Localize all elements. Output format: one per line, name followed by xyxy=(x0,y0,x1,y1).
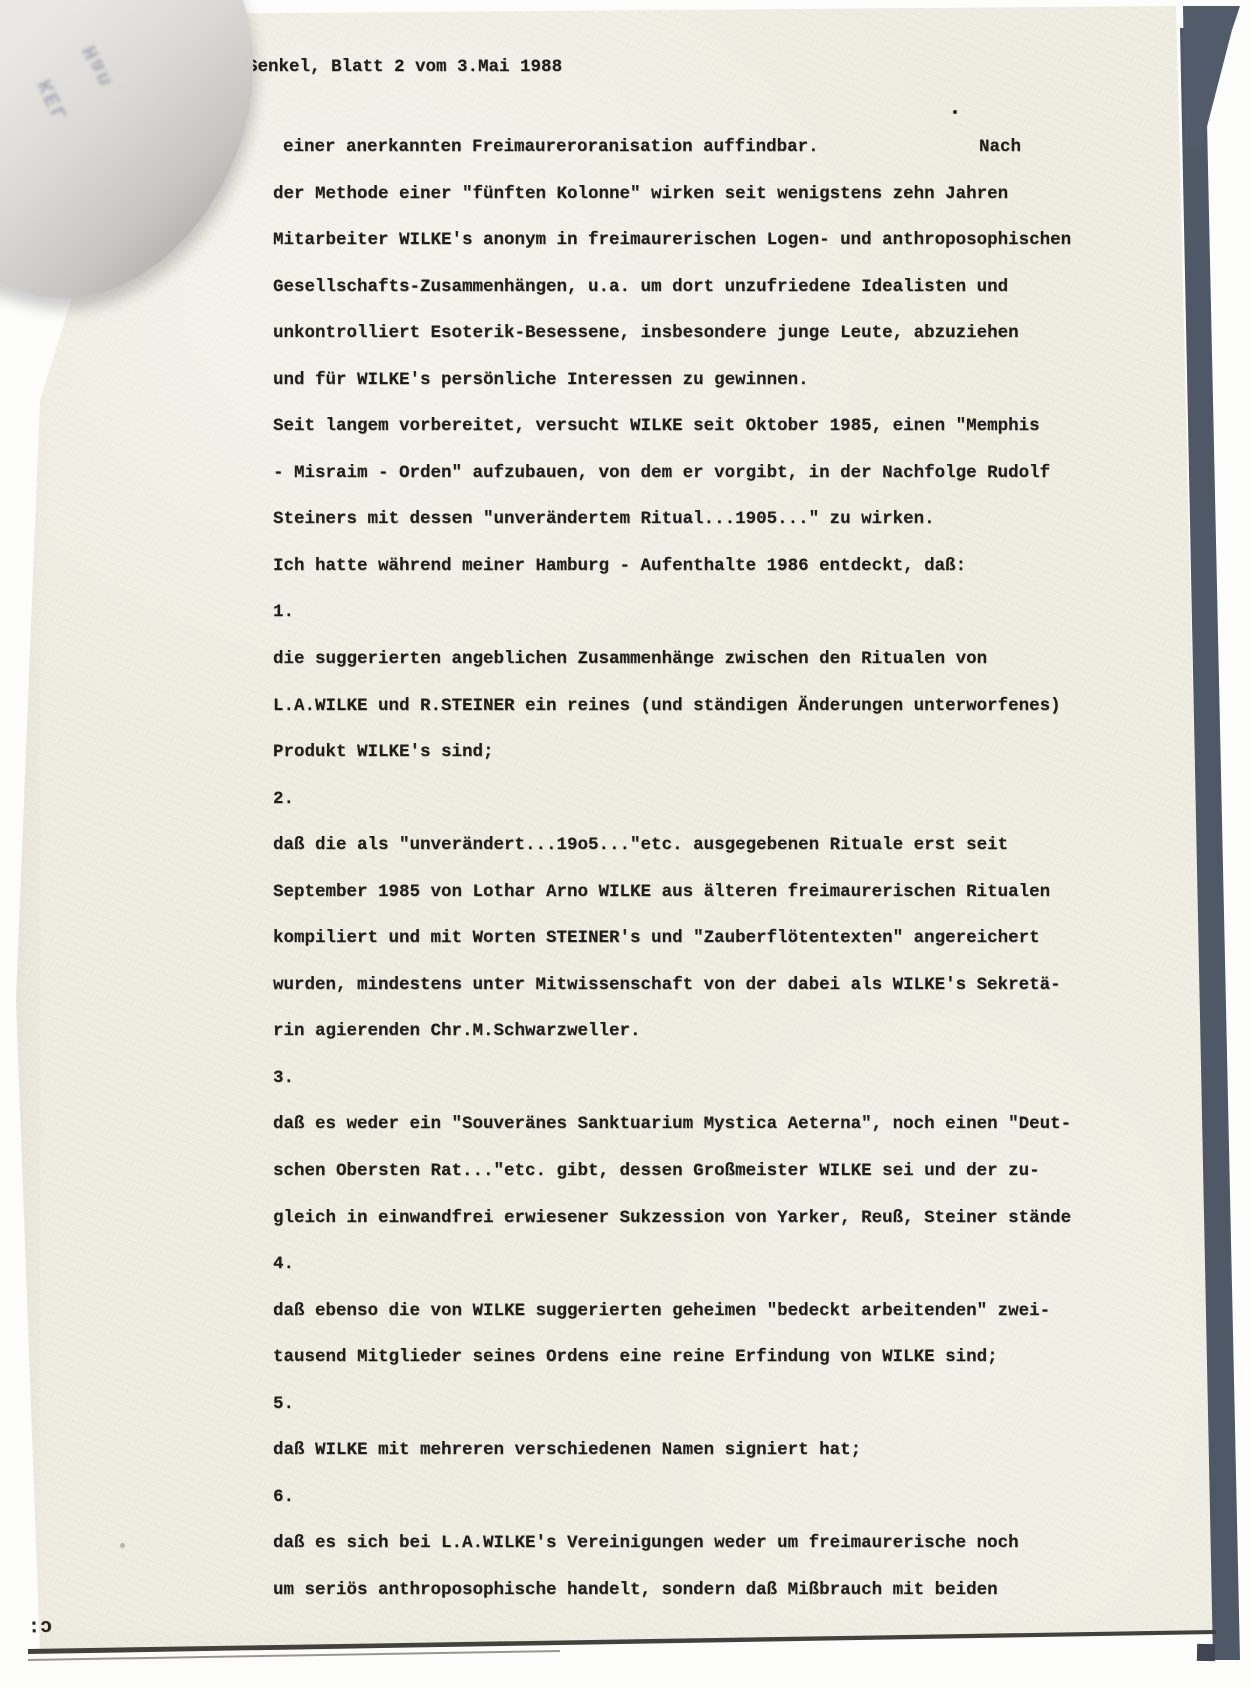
document-line: daß WILKE mit mehreren verschiedenen Nam… xyxy=(273,1427,1021,1474)
document-line: Mitarbeiter WILKE's anonym in freimaurer… xyxy=(273,217,1021,264)
first-line-left: einer anerkannten Freimaureroranisation … xyxy=(273,124,819,171)
ink-speck xyxy=(120,1543,125,1548)
document-line: unkontrolliert Esoterik-Besessene, insbe… xyxy=(273,310,1021,357)
document-line: der Methode einer "fünften Kolonne" wirk… xyxy=(273,171,1021,218)
document-line: um seriös anthroposophische handelt, son… xyxy=(273,1567,1021,1614)
document-line: Produkt WILKE's sind; xyxy=(273,729,1021,776)
document-line: gleich in einwandfrei erwiesener Sukzess… xyxy=(273,1195,1021,1242)
document-line: Gesellschafts-Zusammenhängen, u.a. um do… xyxy=(273,264,1021,311)
document-line: wurden, mindestens unter Mitwissenschaft… xyxy=(273,962,1021,1009)
document-line: daß es sich bei L.A.WILKE's Vereinigunge… xyxy=(273,1520,1021,1567)
show-through-stamp-text: Han xyxy=(80,41,119,90)
document-body: einer anerkannten Freimaureroranisation … xyxy=(273,124,1021,1614)
document-line: daß die als "unverändert...19o5..."etc. … xyxy=(273,822,1021,869)
bottom-left-mark: :ɔ xyxy=(28,1616,53,1640)
show-through-stamp-text: KEL xyxy=(35,75,74,124)
document-line: L.A.WILKE und R.STEINER ein reines (und … xyxy=(273,683,1021,730)
document-line: einer anerkannten Freimaureroranisation … xyxy=(273,124,1021,171)
document-line: Steiners mit dessen "unverändertem Ritua… xyxy=(273,496,1021,543)
list-number: 3. xyxy=(273,1055,1021,1102)
document-line: rin agierenden Chr.M.Schwarzweller. xyxy=(273,1008,1021,1055)
document-line: die suggerierten angeblichen Zusammenhän… xyxy=(273,636,1021,683)
document-line: schen Obersten Rat..."etc. gibt, dessen … xyxy=(273,1148,1021,1195)
scanned-document: Hans F. Senkel, Blatt 2 vom 3.Mai 1988 e… xyxy=(0,0,1251,1688)
document-line: September 1985 von Lothar Arno WILKE aus… xyxy=(273,869,1021,916)
document-line: Ich hatte während meiner Hamburg - Aufen… xyxy=(273,543,1021,590)
list-number: 5. xyxy=(273,1381,1021,1428)
first-line-right: Nach xyxy=(979,124,1021,171)
ink-speck xyxy=(953,110,957,114)
ink-speck xyxy=(396,520,399,523)
document-line: daß ebenso die von WILKE suggerierten ge… xyxy=(273,1288,1021,1335)
document-line: daß es weder ein "Souveränes Sanktuarium… xyxy=(273,1101,1021,1148)
document-line: - Misraim - Orden" aufzubauen, von dem e… xyxy=(273,450,1021,497)
list-number: 6. xyxy=(273,1474,1021,1521)
document-line: kompiliert und mit Worten STEINER's und … xyxy=(273,915,1021,962)
document-line: und für WILKE's persönliche Interessen z… xyxy=(273,357,1021,404)
list-number: 2. xyxy=(273,776,1021,823)
list-number: 4. xyxy=(273,1241,1021,1288)
scanner-edge-notch xyxy=(1197,1644,1215,1661)
document-line: tausend Mitglieder seines Ordens eine re… xyxy=(273,1334,1021,1381)
document-line: Seit langem vorbereitet, versucht WILKE … xyxy=(273,403,1021,450)
list-number: 1. xyxy=(273,589,1021,636)
